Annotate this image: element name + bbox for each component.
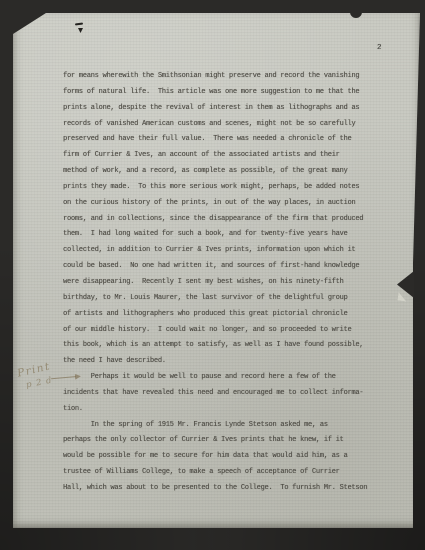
page-number: 2	[377, 44, 382, 52]
text-line: birthday, to Mr. Louis Maurer, the last …	[63, 291, 397, 307]
text-line: prints alone, despite the revival of int…	[63, 101, 397, 117]
arrow-head	[75, 373, 82, 380]
text-line: method of work, and a record, as complet…	[63, 164, 397, 180]
text-line: for means wherewith the Smithsonian migh…	[63, 69, 397, 85]
scanned-document-page: 2 for means wherewith the Smithsonian mi…	[0, 0, 425, 550]
text-line: In the spring of 1915 Mr. Francis Lynde …	[63, 418, 397, 434]
arrow-shaft	[51, 376, 76, 379]
ink-dash-mark	[75, 23, 83, 26]
text-line: forms of natural life. This article was …	[63, 85, 397, 101]
typewritten-page: 2 for means wherewith the Smithsonian mi…	[13, 13, 421, 528]
ink-arrowhead-mark	[78, 28, 83, 33]
text-line: Hall, which was about to be presented to…	[63, 481, 397, 497]
text-line: trustee of Williams College, to make a s…	[63, 465, 397, 481]
text-line: them. I had long waited for such a book,…	[63, 227, 397, 243]
text-line: would be possible for me to secure for h…	[63, 449, 397, 465]
text-line: rooms, and in collections, since the dis…	[63, 212, 397, 228]
annotation-note: p 2 d	[25, 376, 53, 391]
text-line: could be based. No one had written it, a…	[63, 259, 397, 275]
text-line: were disappearing. Recently I sent my be…	[63, 275, 397, 291]
text-line: firm of Currier & Ives, an account of th…	[63, 148, 397, 164]
text-line: perhaps the only collector of Currier & …	[63, 433, 397, 449]
annotation-arrow-icon	[51, 373, 82, 384]
text-line: the need I have described.	[63, 354, 397, 370]
text-line: collected, in addition to Currier & Ives…	[63, 243, 397, 259]
ink-mark	[73, 21, 87, 35]
text-line: records of vanished American customs and…	[63, 117, 397, 133]
text-line: preserved and have their full value. The…	[63, 132, 397, 148]
handwritten-annotation: Print p 2 d	[13, 361, 97, 413]
text-line: incidents that have revealed this need a…	[63, 386, 397, 402]
text-line: tion.	[63, 402, 397, 418]
text-line: Perhaps it would be well to pause and re…	[63, 370, 397, 386]
text-line: of our middle history. I could wait no l…	[63, 323, 397, 339]
typed-text-block: for means wherewith the Smithsonian migh…	[63, 69, 397, 497]
text-line: this book, which is an attempt to satisf…	[63, 338, 397, 354]
text-line: on the curious history of the prints, in…	[63, 196, 397, 212]
text-line: of artists and lithographers who produce…	[63, 307, 397, 323]
text-line: prints they made. To this more serious w…	[63, 180, 397, 196]
